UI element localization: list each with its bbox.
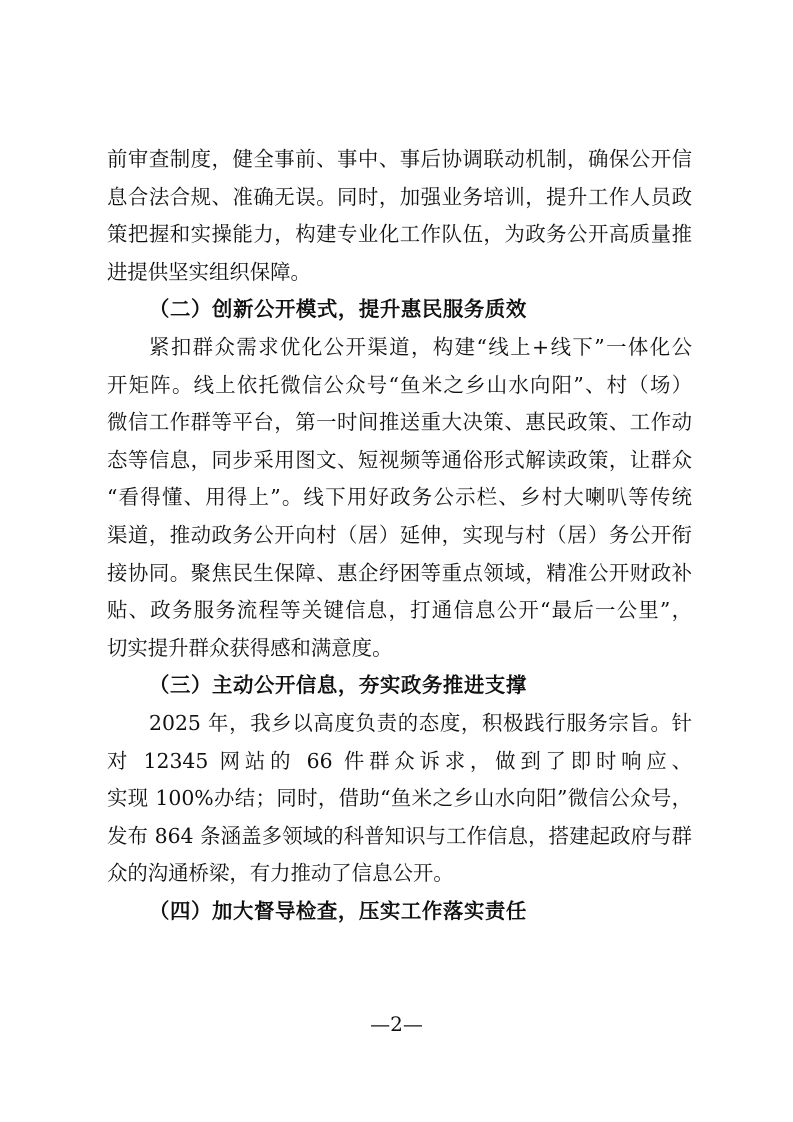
text-line: “看得懂、用得上”。线下用好政务公示栏、乡村大喇叭等传统 bbox=[107, 479, 692, 517]
text-line: 渠道，推动政务公开向村（居）延伸，实现与村（居）务公开衔 bbox=[107, 517, 692, 555]
text-line: 态等信息，同步采用图文、短视频等通俗形式解读政策，让群众 bbox=[107, 442, 692, 480]
text-line: 息合法合规、准确无误。同时，加强业务培训，提升工作人员政 bbox=[107, 179, 692, 217]
text-line: 进提供坚实组织保障。 bbox=[107, 254, 692, 292]
text-line: 紧扣群众需求优化公开渠道，构建“线上+线下”一体化公 bbox=[107, 329, 692, 367]
section-heading-4: （四）加大督导检查，压实工作落实责任 bbox=[107, 893, 692, 931]
section-heading-3: （三）主动公开信息，夯实政务推进支撑 bbox=[107, 667, 692, 705]
page-number: —2— bbox=[0, 1010, 793, 1038]
text-line: 接协同。聚焦民生保障、惠企纾困等重点领域，精准公开财政补 bbox=[107, 555, 692, 593]
paragraph-open-channels: 紧扣群众需求优化公开渠道，构建“线上+线下”一体化公 开矩阵。线上依托微信公众号… bbox=[107, 329, 692, 667]
text-line: 策把握和实操能力，构建专业化工作队伍，为政务公开高质量推 bbox=[107, 216, 692, 254]
text-line: 微信工作群等平台，第一时间推送重大决策、惠民政策、工作动 bbox=[107, 404, 692, 442]
text-line: 实现 100%办结；同时，借助“鱼米之乡山水向阳”微信公众号， bbox=[107, 780, 692, 818]
text-line: 开矩阵。线上依托微信公众号“鱼米之乡山水向阳”、村（场） bbox=[107, 367, 692, 405]
document-page: 前审查制度，健全事前、事中、事后协调联动机制，确保公开信 息合法合规、准确无误。… bbox=[0, 0, 793, 1122]
text-line: 2025 年，我乡以高度负责的态度，积极践行服务宗旨。针 bbox=[107, 705, 692, 743]
text-line: 对 12345 网站的 66 件群众诉求，做到了即时响应、高效处理， bbox=[107, 743, 692, 781]
section-heading-2: （二）创新公开模式，提升惠民服务质效 bbox=[107, 291, 692, 329]
text-line: 众的沟通桥梁，有力推动了信息公开。 bbox=[107, 855, 692, 893]
paragraph-proactive-disclosure: 2025 年，我乡以高度负责的态度，积极践行服务宗旨。针 对 12345 网站的… bbox=[107, 705, 692, 893]
text-line: 贴、政务服务流程等关键信息，打通信息公开“最后一公里”， bbox=[107, 592, 692, 630]
text-line: 切实提升群众获得感和满意度。 bbox=[107, 630, 692, 668]
text-line: 前审查制度，健全事前、事中、事后协调联动机制，确保公开信 bbox=[107, 141, 692, 179]
text-line: 发布 864 条涵盖多领域的科普知识与工作信息，搭建起政府与群 bbox=[107, 818, 692, 856]
document-body: 前审查制度，健全事前、事中、事后协调联动机制，确保公开信 息合法合规、准确无误。… bbox=[107, 141, 692, 930]
paragraph-continuation: 前审查制度，健全事前、事中、事后协调联动机制，确保公开信 息合法合规、准确无误。… bbox=[107, 141, 692, 291]
